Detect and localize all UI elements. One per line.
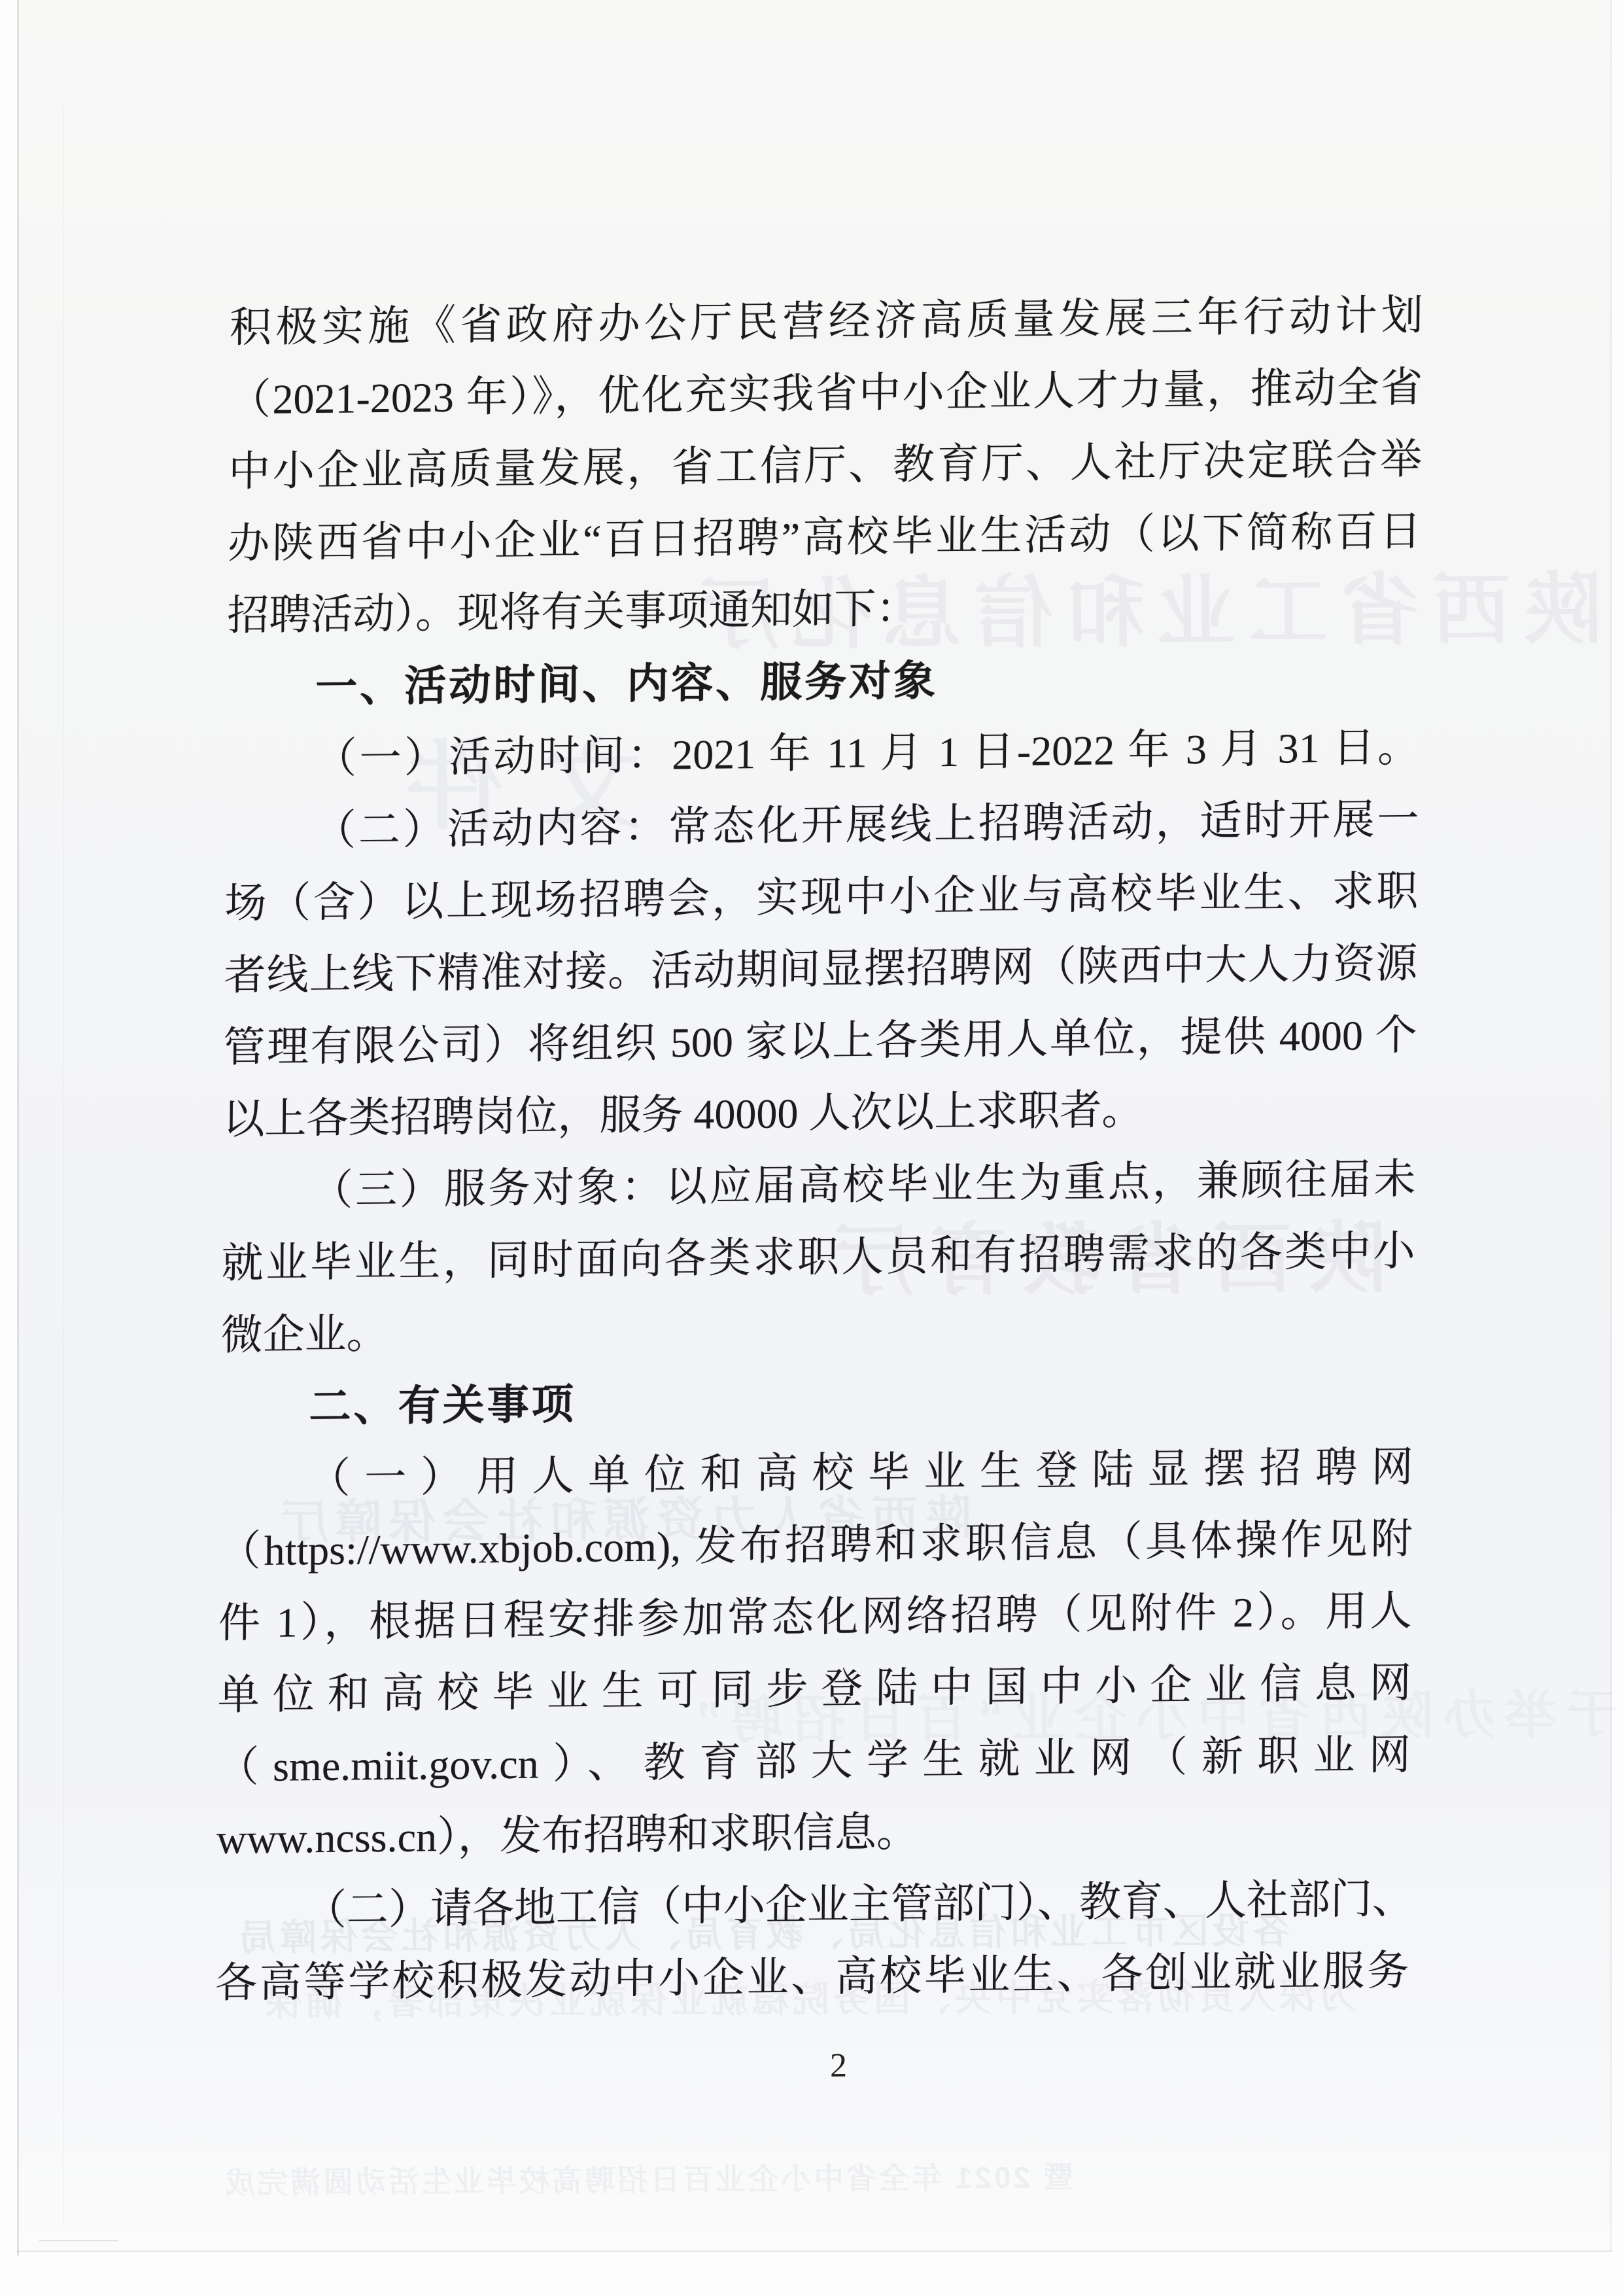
scan-edge: [17, 2251, 1612, 2252]
body-line: （一）活动时间：2021 年 11 月 1 日-2022 年 3 月 31 日。: [226, 711, 1420, 796]
scan-edge: [1610, 0, 1612, 2252]
section-heading: 一、活动时间、内容、服务对象: [226, 639, 1421, 724]
body-line: 就业毕业生，同时面向各类求职人员和有招聘需求的各类中小: [221, 1215, 1415, 1299]
body-line: （2021-2023 年）》，优化充实我省中小企业人才力量，推动全省: [229, 351, 1423, 436]
body-line: 办陕西省中小企业“百日招聘”高校毕业生活动（以下简称百日: [228, 495, 1422, 580]
body-line: （二）请各地工信（中小企业主管部门）、教育、人社部门、: [215, 1863, 1409, 1948]
body-line: 各高等学校积极发动中小企业、高校毕业生、各创业就业服务: [215, 1935, 1409, 2020]
body-line: 以上各类招聘岗位，服务 40000 人次以上求职者。: [222, 1071, 1417, 1155]
body-line: 微企业。: [220, 1287, 1415, 1371]
scan-edge: [17, 0, 19, 2256]
document-body: 积极实施《省政府办公厅民营经济高质量发展三年行动计划 （2021-2023 年）…: [215, 279, 1424, 2019]
body-line: （sme.miit.gov.cn）、教育部大学生就业网（新职业网: [216, 1719, 1411, 1804]
page-number: 2: [806, 2046, 872, 2085]
body-line: （一）用人单位和高校毕业生登陆显摆招聘网: [219, 1431, 1413, 1516]
body-line: 管理有限公司）将组织 500 家以上各类用人单位，提供 4000 个: [223, 999, 1417, 1083]
body-line: 单位和高校毕业生可同步登陆中国中小企业信息网: [217, 1647, 1411, 1732]
body-line: （二）活动内容：常态化开展线上招聘活动，适时开展一: [225, 783, 1419, 867]
scan-edge: [63, 105, 64, 2224]
body-line: 招聘活动）。现将有关事项通知如下：: [227, 567, 1421, 652]
body-line: www.ncss.cn），发布招聘和求职信息。: [216, 1791, 1410, 1876]
body-line: 者线上线下精准对接。活动期间显摆招聘网（陕西中大人力资源: [224, 927, 1418, 1011]
section-heading: 二、有关事项: [220, 1359, 1414, 1443]
body-line: 中小企业高质量发展，省工信厅、教育厅、人社厅决定联合举: [228, 423, 1423, 508]
body-line: 件 1），根据日程安排参加常态化网络招聘（见附件 2）。用人: [218, 1575, 1412, 1660]
bleedthrough-text: 暨 2021 年全省中小企业百日招聘高校毕业生活动圆满完成: [222, 2153, 1074, 2202]
body-line: 场（含）以上现场招聘会，实现中小企业与高校毕业生、求职: [224, 855, 1419, 939]
body-line: 积极实施《省政府办公厅民营经济高质量发展三年行动计划: [230, 279, 1424, 364]
scan-edge: [39, 2240, 118, 2241]
body-line: （三）服务对象：以应届高校毕业生为重点，兼顾往届未: [222, 1143, 1416, 1227]
scanned-page: 陕西省工业和信息化厅 文件 陕西省教育厅 陕西省人力资源和社会保障厅 关于举办陕…: [0, 0, 1624, 2295]
body-line: （https://www.xbjob.com), 发布招聘和求职信息（具体操作见…: [218, 1503, 1413, 1588]
